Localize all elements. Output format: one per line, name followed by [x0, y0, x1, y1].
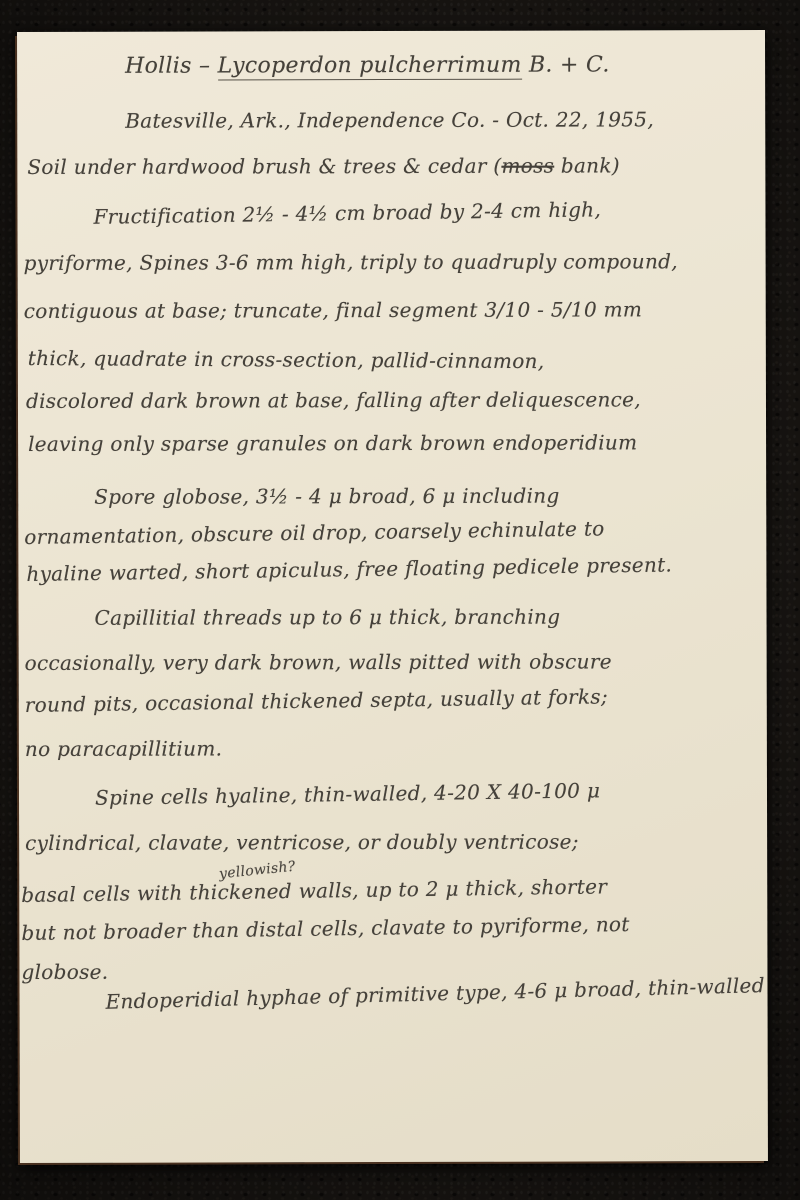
handwriting-line: occasionally, very dark brown, walls pit…	[25, 649, 612, 675]
habitat-line: Soil under hardwood brush & trees & ceda…	[27, 153, 620, 179]
handwriting-line: but not broader than distal cells, clava…	[21, 912, 630, 945]
handwriting-line: Fructification 2½ - 4½ cm broad by 2-4 c…	[93, 197, 601, 229]
habitat-text-post: bank)	[554, 153, 620, 177]
handwriting-line: Capillitial threads up to 6 μ thick, bra…	[95, 605, 561, 630]
title-line: Hollis – Lycoperdon pulcherrimum B. + C.	[125, 52, 610, 78]
handwriting-line: pyriforme, Spines 3-6 mm high, triply to…	[24, 249, 678, 275]
manuscript-page: Hollis – Lycoperdon pulcherrimum B. + C.…	[17, 30, 768, 1163]
endoperidium-line: Endoperidial hyphae of primitive type, 4…	[105, 973, 765, 1014]
photo-background: { "document": { "title": { "collector": …	[0, 0, 800, 1200]
handwriting-line: ornamentation, obscure oil drop, coarsel…	[24, 516, 605, 549]
handwriting-line: contiguous at base; truncate, final segm…	[24, 297, 642, 323]
handwriting-line: cylindrical, clavate, ventricose, or dou…	[25, 830, 579, 855]
title-dash: –	[199, 53, 210, 78]
handwriting-line: thick, quadrate in cross-section, pallid…	[28, 346, 545, 373]
basal-cells-pre: basal cells with thickened	[21, 879, 292, 907]
collector-name: Hollis	[125, 54, 192, 79]
basal-cells-line: basal cells with thickenedyellowish? wal…	[21, 872, 769, 907]
species-name: Lycoperdon pulcherrimum	[218, 53, 522, 81]
dateline: Batesville, Ark., Independence Co. - Oct…	[125, 107, 654, 132]
struck-word: moss	[501, 154, 554, 178]
handwriting-line: leaving only sparse granules on dark bro…	[28, 430, 637, 456]
handwriting-line: Spine cells hyaline, thin-walled, 4-20 X…	[95, 778, 601, 809]
handwriting-line: round pits, occasional thickened septa, …	[25, 684, 609, 717]
handwriting-line: globose.	[21, 960, 108, 984]
handwriting-line: no paracapillitium.	[25, 736, 222, 761]
handwriting-line: discolored dark brown at base, falling a…	[26, 387, 641, 413]
basal-cells-post: walls, up to 2 μ thick, shorter	[292, 874, 608, 903]
handwriting-line: hyaline warted, short apiculus, free flo…	[26, 552, 672, 586]
habitat-text-pre: Soil under hardwood brush & trees & ceda…	[27, 154, 501, 179]
species-authority: B. + C.	[529, 52, 610, 77]
handwriting-line: Spore globose, 3½ - 4 μ broad, 6 μ inclu…	[94, 484, 559, 509]
